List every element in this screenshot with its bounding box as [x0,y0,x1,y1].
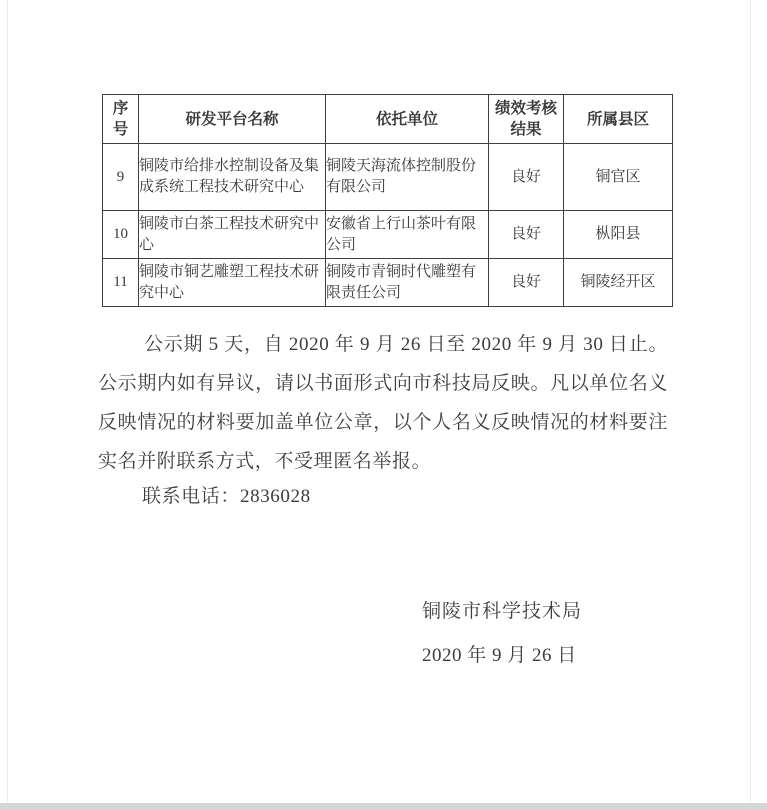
page-bottom-edge [0,803,767,810]
cell-platform: 铜陵市白茶工程技术研究中心 [139,211,326,259]
cell-district: 铜官区 [564,144,673,211]
header-district: 所属县区 [564,95,673,144]
cell-unit: 铜陵天海流体控制股份有限公司 [326,144,489,211]
announcement-table: 序号 研发平台名称 依托单位 绩效考核结果 所属县区 9 铜陵市给排水控制设备及… [102,94,673,307]
cell-no: 10 [103,211,139,259]
page-left-edge [7,0,8,810]
header-result: 绩效考核结果 [489,95,564,144]
signature-date: 2020 年 9 月 26 日 [422,644,577,668]
table-header-row: 序号 研发平台名称 依托单位 绩效考核结果 所属县区 [103,95,673,144]
notice-paragraph: 公示期 5 天，自 2020 年 9 月 26 日至 2020 年 9 月 30… [98,325,668,481]
cell-unit: 铜陵市青铜时代雕塑有限责任公司 [326,259,489,307]
cell-result: 良好 [489,211,564,259]
signature-org: 铜陵市科学技术局 [422,600,582,624]
table-row: 11 铜陵市铜艺雕塑工程技术研究中心 铜陵市青铜时代雕塑有限责任公司 良好 铜陵… [103,259,673,307]
header-unit: 依托单位 [326,95,489,144]
cell-unit: 安徽省上行山茶叶有限公司 [326,211,489,259]
cell-district: 铜陵经开区 [564,259,673,307]
cell-no: 9 [103,144,139,211]
table-row: 9 铜陵市给排水控制设备及集成系统工程技术研究中心 铜陵天海流体控制股份有限公司… [103,144,673,211]
header-no: 序号 [103,95,139,144]
cell-platform: 铜陵市给排水控制设备及集成系统工程技术研究中心 [139,144,326,211]
header-platform: 研发平台名称 [139,95,326,144]
cell-result: 良好 [489,259,564,307]
table-row: 10 铜陵市白茶工程技术研究中心 安徽省上行山茶叶有限公司 良好 枞阳县 [103,211,673,259]
cell-platform: 铜陵市铜艺雕塑工程技术研究中心 [139,259,326,307]
cell-district: 枞阳县 [564,211,673,259]
contact-line: 联系电话：2836028 [142,482,311,512]
page-right-edge [750,0,751,810]
cell-no: 11 [103,259,139,307]
cell-result: 良好 [489,144,564,211]
scanned-announcement-page: 序号 研发平台名称 依托单位 绩效考核结果 所属县区 9 铜陵市给排水控制设备及… [0,0,767,810]
